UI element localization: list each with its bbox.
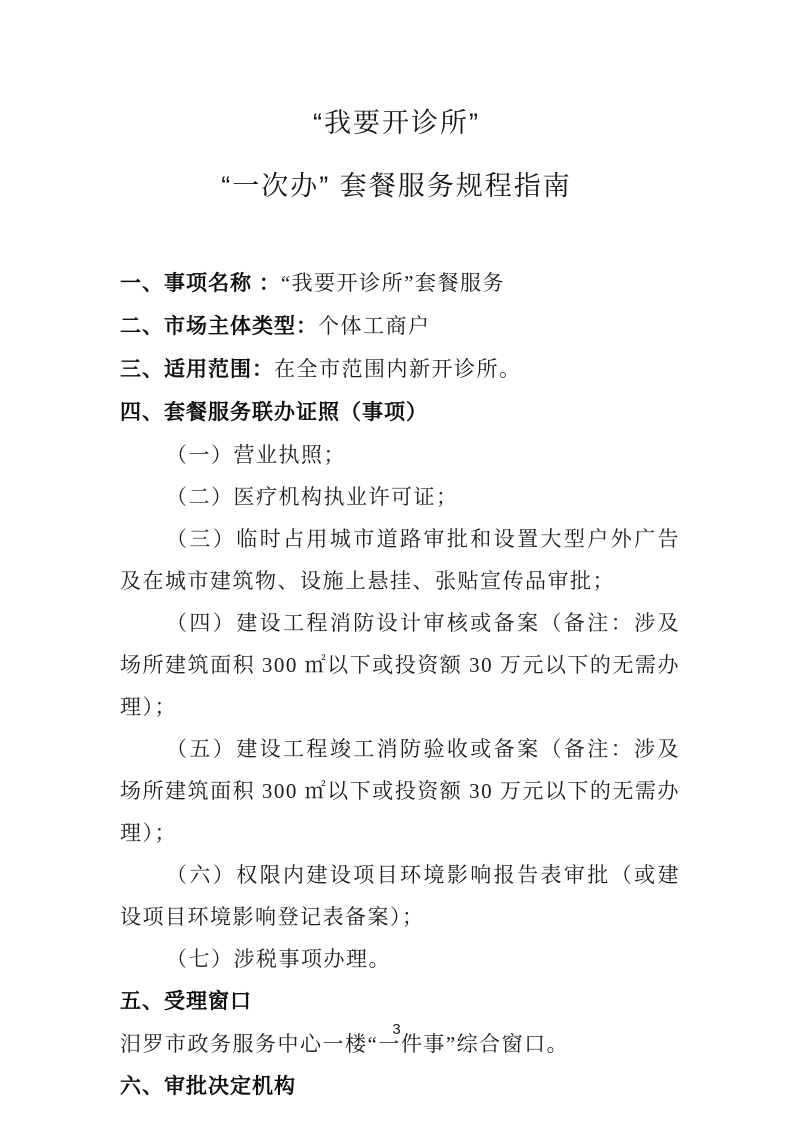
section-3-applicable-scope: 三、适用范围：在全市范围内新开诊所。 [120, 348, 680, 391]
list-item-3-road-occupation-approval: （三）临时占用城市道路审批和设置大型户外广告及在城市建筑物、设施上悬挂、张贴宣传… [120, 518, 680, 602]
section-4-heading-licenses: 四、套餐服务联办证照（事项） [120, 391, 680, 434]
list-item-1-business-license: （一）营业执照； [120, 434, 680, 476]
section-5-label: 五、受理窗口 [120, 990, 252, 1013]
section-6-label: 六、审批决定机构 [120, 1075, 296, 1098]
document-title-block: “我要开诊所” “一次办” 套餐服务规程指南 [0, 0, 793, 204]
list-item-4-fire-design-review: （四）建设工程消防设计审核或备案（备注：涉及场所建筑面积 300 ㎡以下或投资额… [120, 602, 680, 728]
document-body: 一、事项名称 ：“我要开诊所”套餐服务 二、市场主体类型：个体工商户 三、适用范… [120, 262, 680, 1108]
section-6-heading-approval-authority: 六、审批决定机构 [120, 1065, 680, 1108]
section-1-item-name: 一、事项名称 ：“我要开诊所”套餐服务 [120, 262, 680, 305]
document-page: “我要开诊所” “一次办” 套餐服务规程指南 一、事项名称 ：“我要开诊所”套餐… [0, 0, 793, 1122]
document-title-line-2: “一次办” 套餐服务规程指南 [0, 168, 793, 204]
section-4-label: 四、套餐服务联办证照（事项） [120, 401, 428, 424]
list-item-5-fire-acceptance: （五）建设工程竣工消防验收或备案（备注：涉及场所建筑面积 300 ㎡以下或投资额… [120, 728, 680, 854]
document-title-line-1: “我要开诊所” [0, 105, 793, 141]
section-3-label: 三、适用范围： [120, 358, 274, 381]
section-1-value: “我要开诊所”套餐服务 [281, 271, 505, 295]
section-1-label: 一、事项名称 ： [120, 272, 281, 295]
section-2-label: 二、市场主体类型： [120, 315, 318, 338]
section-2-value: 个体工商户 [318, 314, 431, 338]
list-item-7-tax-matters: （七）涉税事项办理。 [120, 938, 680, 980]
section-2-market-entity-type: 二、市场主体类型：个体工商户 [120, 305, 680, 348]
section-5-heading-service-window: 五、受理窗口 [120, 980, 680, 1023]
list-item-6-environmental-impact: （六）权限内建设项目环境影响报告表审批（或建设项目环境影响登记表备案）； [120, 854, 680, 938]
page-number: 3 [0, 1021, 793, 1039]
list-item-2-medical-license: （二）医疗机构执业许可证； [120, 476, 680, 518]
section-3-value: 在全市范围内新开诊所。 [274, 357, 522, 381]
